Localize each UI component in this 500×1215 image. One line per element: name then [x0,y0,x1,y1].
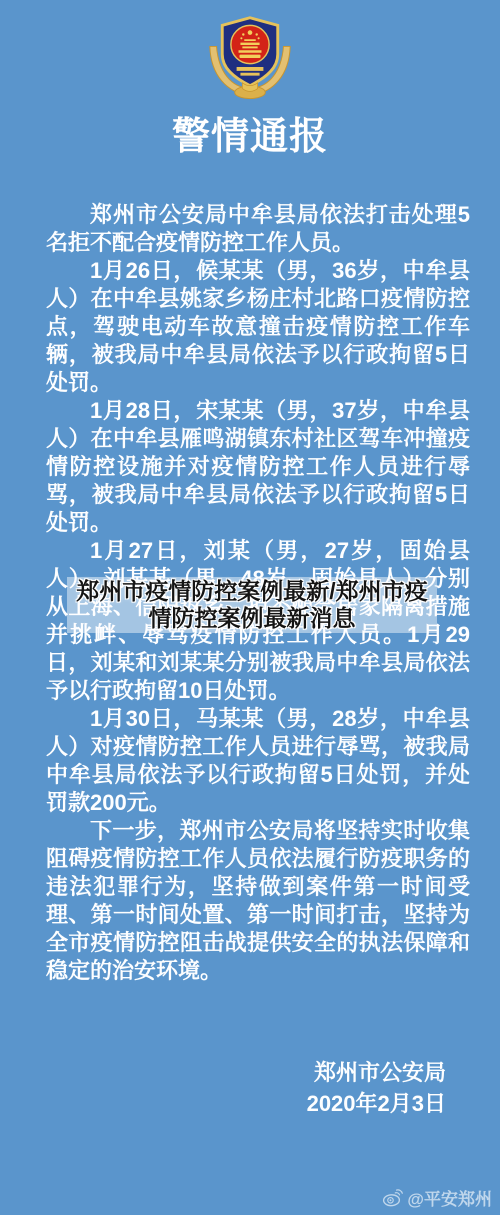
weibo-watermark: @平安郑州 [382,1185,492,1210]
caption-overlay: 郑州市疫情防控案例最新/郑州市疫情防控案例最新消息 [67,577,437,633]
notice-paragraph-summary: 郑州市公安局中牟县局依法打击处理5名拒不配合疫情防控工作人员。 [46,201,470,257]
police-emblem-icon [202,12,298,105]
notice-paragraph-case-jan26: 1月26日，候某某（男，36岁，中牟县人）在中牟县姚家乡杨庄村北路口疫情防控点，… [46,257,470,397]
badge-container [0,0,500,105]
police-notice-poster: 警情通报 郑州市公安局中牟县局依法打击处理5名拒不配合疫情防控工作人员。 1月2… [0,0,500,1215]
signature-block: 郑州市公安局 2020年2月3日 [0,1057,500,1119]
signature-date: 2020年2月3日 [0,1088,446,1119]
notice-title: 警情通报 [0,113,500,161]
notice-paragraph-case-jan28: 1月28日，宋某某（男，37岁，中牟县人）在中牟县雁鸣湖镇东村社区驾车冲撞疫情防… [46,397,470,537]
signature-agency: 郑州市公安局 [0,1057,446,1088]
notice-paragraph-next-steps: 下一步，郑州市公安局将坚持实时收集阻碍疫情防控工作人员依法履行防疫职务的违法犯罪… [46,817,470,985]
weibo-icon [382,1189,403,1207]
weibo-handle: @平安郑州 [407,1185,492,1210]
notice-paragraph-case-jan30: 1月30日，马某某（男，28岁，中牟县人）对疫情防控工作人员进行辱骂，被我局中牟… [46,705,470,817]
caption-text: 郑州市疫情防控案例最新/郑州市疫情防控案例最新消息 [67,578,437,632]
